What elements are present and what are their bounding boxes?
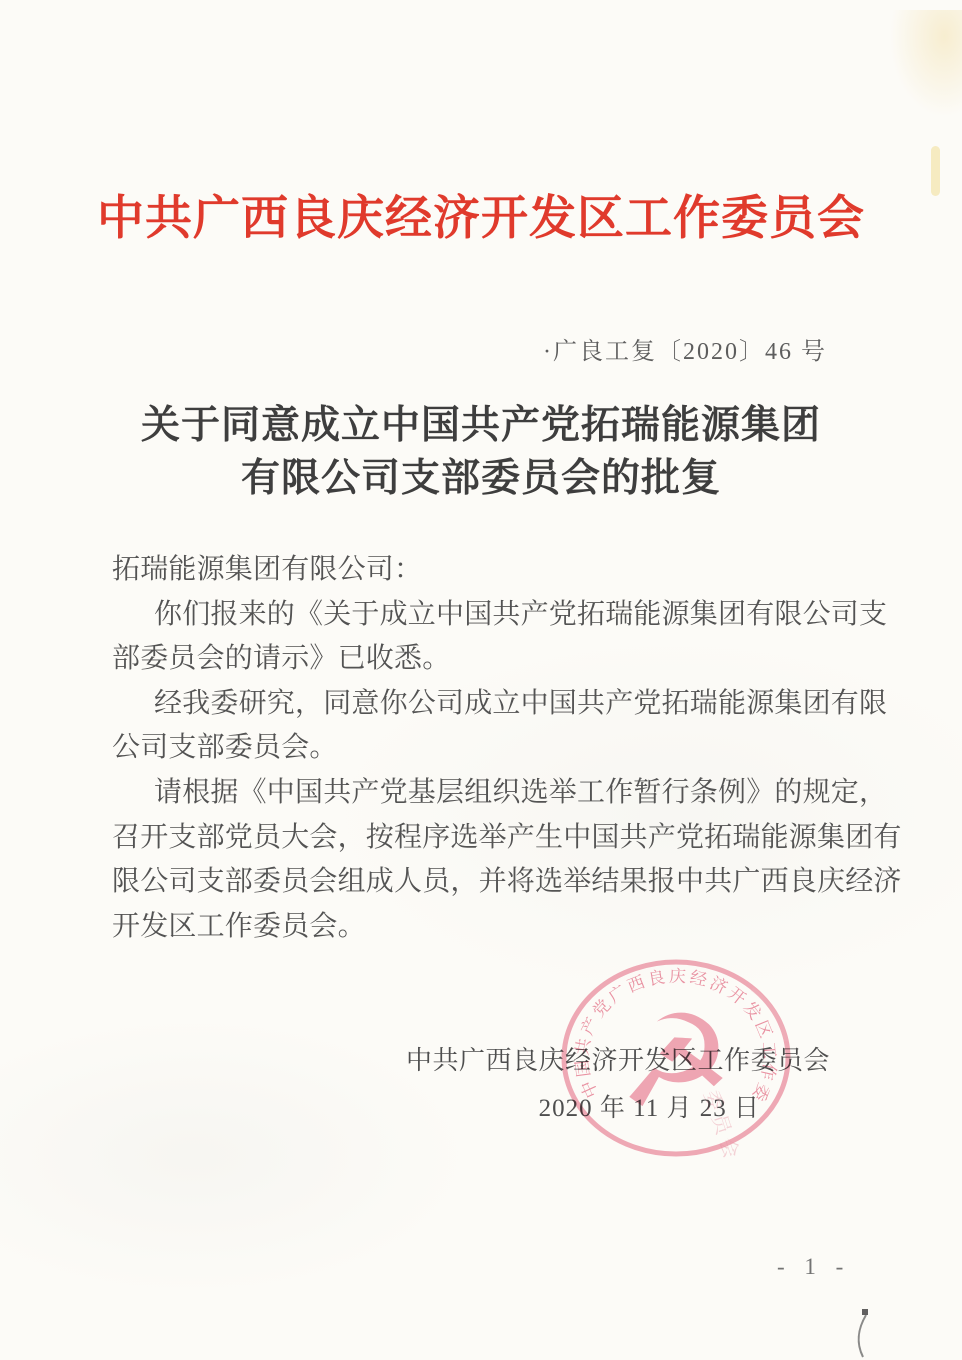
paragraph-3-line-2: 召开支部党员大会，按程序选举产生中国共产党拓瑞能源集团有 — [112, 816, 872, 861]
doc-title: 关于同意成立中国共产党拓瑞能源集团 有限公司支部委员会的批复 — [0, 399, 962, 505]
document-page: 中共广西良庆经济开发区工作委员会 ·广良工复〔2020〕46 号 关于同意成立中… — [0, 0, 962, 1360]
page-number: - 1 - — [777, 1254, 850, 1280]
paragraph-3-line-4: 开发区工作委员会。 — [112, 905, 872, 950]
scan-scratch-mark — [848, 1303, 882, 1360]
doc-title-line1: 关于同意成立中国共产党拓瑞能源集团 — [0, 399, 962, 452]
paragraph-2-line-1: 经我委研究，同意你公司成立中国共产党拓瑞能源集团有限 — [112, 682, 872, 727]
paragraph-3-line-3: 限公司支部委员会组成人员，并将选举结果报中共广西良庆经济 — [112, 860, 872, 905]
paragraph-2-line-2: 公司支部委员会。 — [112, 726, 872, 771]
official-seal: 中国共产党广西良庆经济开发区工作委员会 ☭ 委员会 — [556, 955, 876, 1165]
paragraph-1-line-1: 你们报来的《关于成立中国共产党拓瑞能源集团有限公司支 — [112, 593, 872, 638]
doc-title-line2: 有限公司支部委员会的批复 — [0, 452, 962, 505]
paragraph-3-line-1: 请根据《中国共产党基层组织选举工作暂行条例》的规定， — [112, 771, 872, 816]
scan-tint-artifact — [891, 10, 962, 115]
letterhead-issuer: 中共广西良庆经济开发区工作委员会 — [0, 181, 962, 248]
salutation: 拓瑞能源集团有限公司： — [112, 548, 872, 593]
body-text: 拓瑞能源集团有限公司： 你们报来的《关于成立中国共产党拓瑞能源集团有限公司支 部… — [112, 548, 872, 949]
doc-number: ·广良工复〔2020〕46 号 — [543, 331, 827, 366]
paragraph-1-line-2: 部委员会的请示》已收悉。 — [112, 637, 872, 682]
